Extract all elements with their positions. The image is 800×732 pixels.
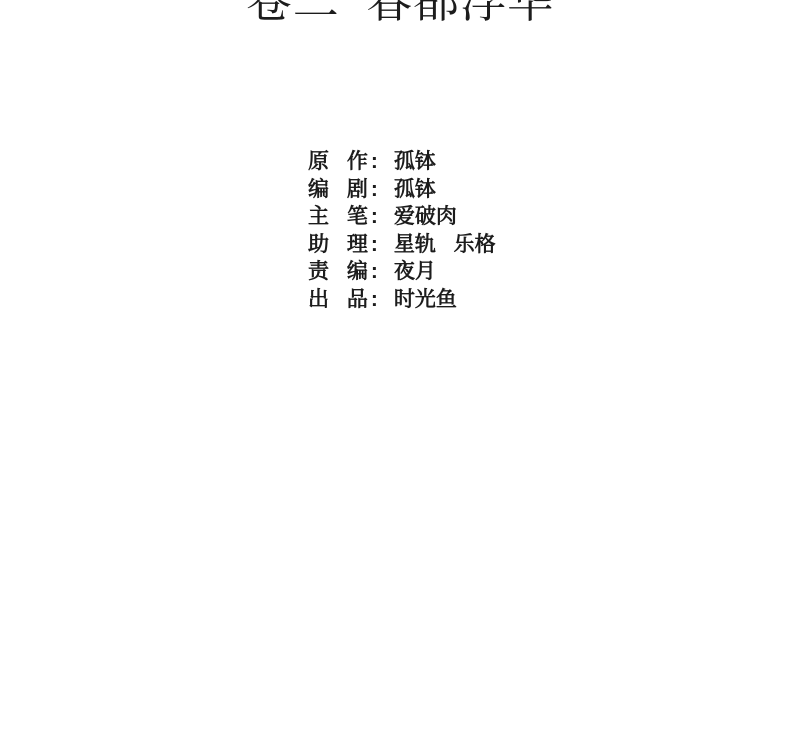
chapter-title: 卷二 春都浮华: [0, 0, 800, 25]
credit-label: 责 编: [308, 258, 368, 286]
credit-label: 主 笔: [308, 203, 368, 231]
credit-colon: :: [371, 286, 378, 314]
credit-line-lead-artist: 主 笔:爱破肉: [308, 203, 496, 231]
credit-colon: :: [371, 148, 378, 176]
credit-line-screenwriter: 编 剧:孤钵: [308, 176, 496, 204]
credit-value: 时光鱼: [394, 286, 457, 314]
credit-line-original-author: 原 作:孤钵: [308, 148, 496, 176]
credit-label: 助 理: [308, 231, 368, 259]
comic-credits-page: 卷二 春都浮华 原 作:孤钵 编 剧:孤钵 主 笔:爱破肉 助 理:星轨 乐格 …: [0, 0, 800, 732]
credit-label: 编 剧: [308, 176, 368, 204]
credit-colon: :: [371, 231, 378, 259]
credit-label: 原 作: [308, 148, 368, 176]
credit-value: 孤钵: [394, 148, 436, 176]
credit-value: 爱破肉: [394, 203, 457, 231]
credit-colon: :: [371, 203, 378, 231]
credit-line-assistants: 助 理:星轨 乐格: [308, 231, 496, 259]
credit-value: 夜月: [394, 258, 436, 286]
credit-label: 出 品: [308, 286, 368, 314]
credit-colon: :: [371, 176, 378, 204]
credits-block: 原 作:孤钵 编 剧:孤钵 主 笔:爱破肉 助 理:星轨 乐格 责 编:夜月 出…: [308, 148, 496, 313]
credit-line-editor: 责 编:夜月: [308, 258, 496, 286]
credit-value: 星轨 乐格: [394, 231, 496, 259]
credit-colon: :: [371, 258, 378, 286]
credit-line-producer: 出 品:时光鱼: [308, 286, 496, 314]
credit-value: 孤钵: [394, 176, 436, 204]
